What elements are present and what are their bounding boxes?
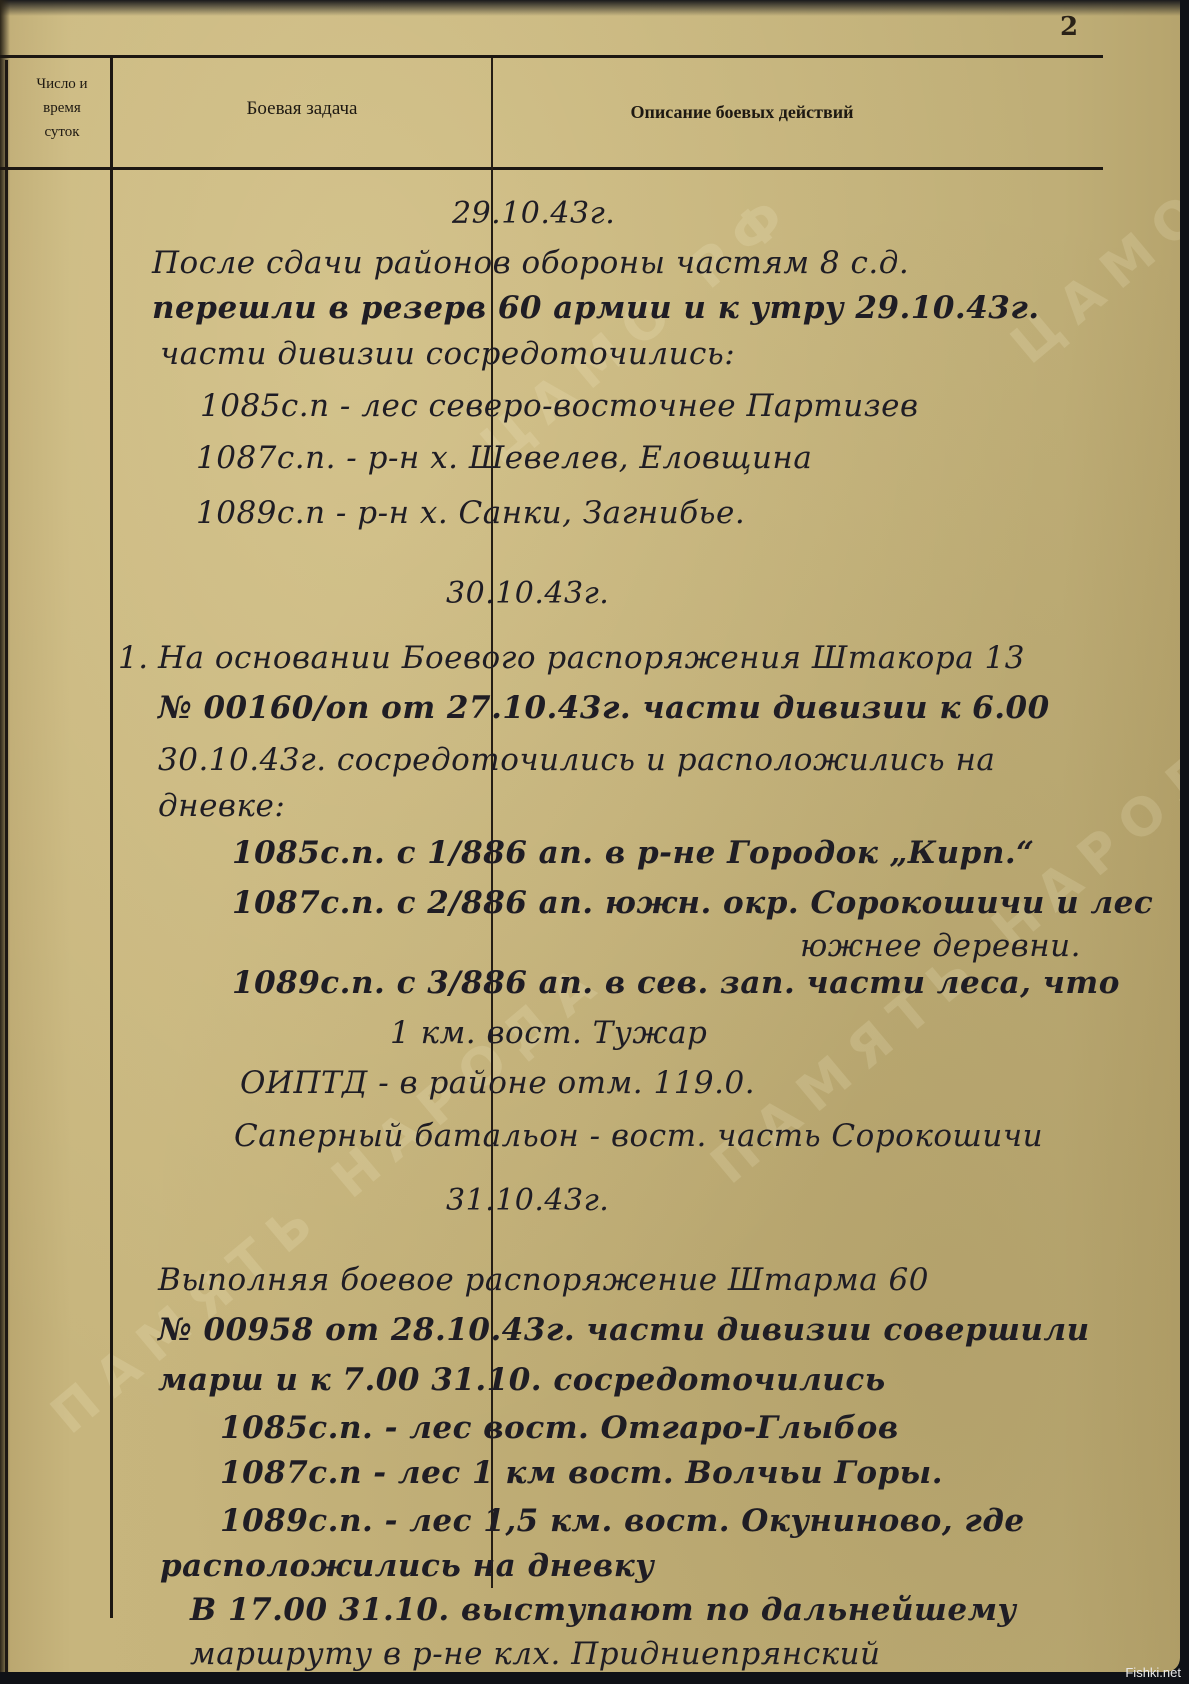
entry-line: расположились на дневку	[160, 1548, 654, 1584]
entry-date: 31.10.43г.	[446, 1183, 609, 1218]
entry-line: 1089с.п. - лес 1,5 км. вост. Окуниново, …	[220, 1503, 1025, 1539]
source-credit: Fishki.net	[1125, 1665, 1181, 1680]
entry-date: 30.10.43г.	[446, 576, 609, 611]
entry-line: перешли в резерв 60 армии и к утру 29.10…	[152, 290, 1040, 326]
header-combat-description: Описание боевых действий	[492, 102, 992, 123]
watermark: ЦАМО	[1000, 175, 1180, 376]
entry-line: южнее деревни.	[800, 928, 1081, 964]
entry-date: 29.10.43г.	[452, 196, 615, 231]
entry-line: части дивизии сосредоточились:	[160, 336, 735, 372]
entry-line: 1089с.п. с 3/886 ап. в сев. зап. части л…	[232, 965, 1120, 1001]
entry-line: 1087с.п - лес 1 км вост. Волчьи Горы.	[220, 1455, 943, 1491]
entry-line: Выполняя боевое распоряжение Штарма 60	[158, 1262, 929, 1298]
entry-line: Саперный батальон - вост. часть Сорокоши…	[234, 1118, 1043, 1154]
column-rule-2	[491, 58, 493, 1588]
entry-line: 1087с.п. - р-н х. Шевелев, Еловщина	[196, 440, 812, 476]
entry-line: дневке:	[158, 788, 285, 824]
entry-line: 1085с.п. - лес вост. Отгаро-Глыбов	[220, 1410, 899, 1446]
header-combat-task: Боевая задача	[112, 98, 492, 120]
entry-line: маршруту в р-не клх. Придниепрянский	[190, 1636, 881, 1672]
entry-line: 30.10.43г. сосредоточились и расположили…	[158, 742, 995, 778]
archival-document-page: ПАМЯТЬ НАРОДА ЦАМО РФ ПАМЯТЬ НАРОДА ЦАМО…	[0, 0, 1180, 1672]
column-rule-left	[5, 60, 8, 1672]
entry-line: ОИПТД - в районе отм. 119.0.	[240, 1065, 755, 1101]
column-rule-1	[110, 58, 113, 1618]
entry-line: 1085с.п. с 1/886 ап. в р-не Городок „Кир…	[232, 835, 1035, 871]
entry-line: марш и к 7.00 31.10. сосредоточились	[158, 1362, 886, 1398]
entry-line: После сдачи районов обороны частям 8 с.д…	[152, 245, 909, 281]
entry-line: 1087с.п. с 2/886 ап. южн. окр. Сорокошич…	[232, 885, 1153, 921]
header-line: суток	[12, 120, 112, 144]
entry-line: 1 км. вост. Тужар	[390, 1015, 707, 1051]
entry-line: 1085с.п - лес северо-восточнее Партизев	[200, 388, 919, 424]
entry-line: № 00958 от 28.10.43г. части дивизии сове…	[158, 1312, 1090, 1348]
entry-line: В 17.00 31.10. выступают по дальнейшему	[190, 1592, 1017, 1628]
entry-line: № 00160/оп от 27.10.43г. части дивизии к…	[158, 690, 1050, 726]
rule-top	[0, 55, 1103, 58]
header-line: Число и	[12, 72, 112, 96]
header-date-time: Число и время суток	[12, 72, 112, 144]
scan-top-shadow	[0, 0, 1180, 16]
rule-header-bottom	[0, 167, 1103, 170]
entry-marker: 1.	[118, 640, 149, 676]
entry-line: 1089с.п - р-н х. Санки, Загнибье.	[196, 495, 745, 531]
header-line: время	[12, 96, 112, 120]
page-number: 2	[1060, 12, 1078, 42]
entry-line: На основании Боевого распоряжения Штакор…	[158, 640, 1025, 676]
